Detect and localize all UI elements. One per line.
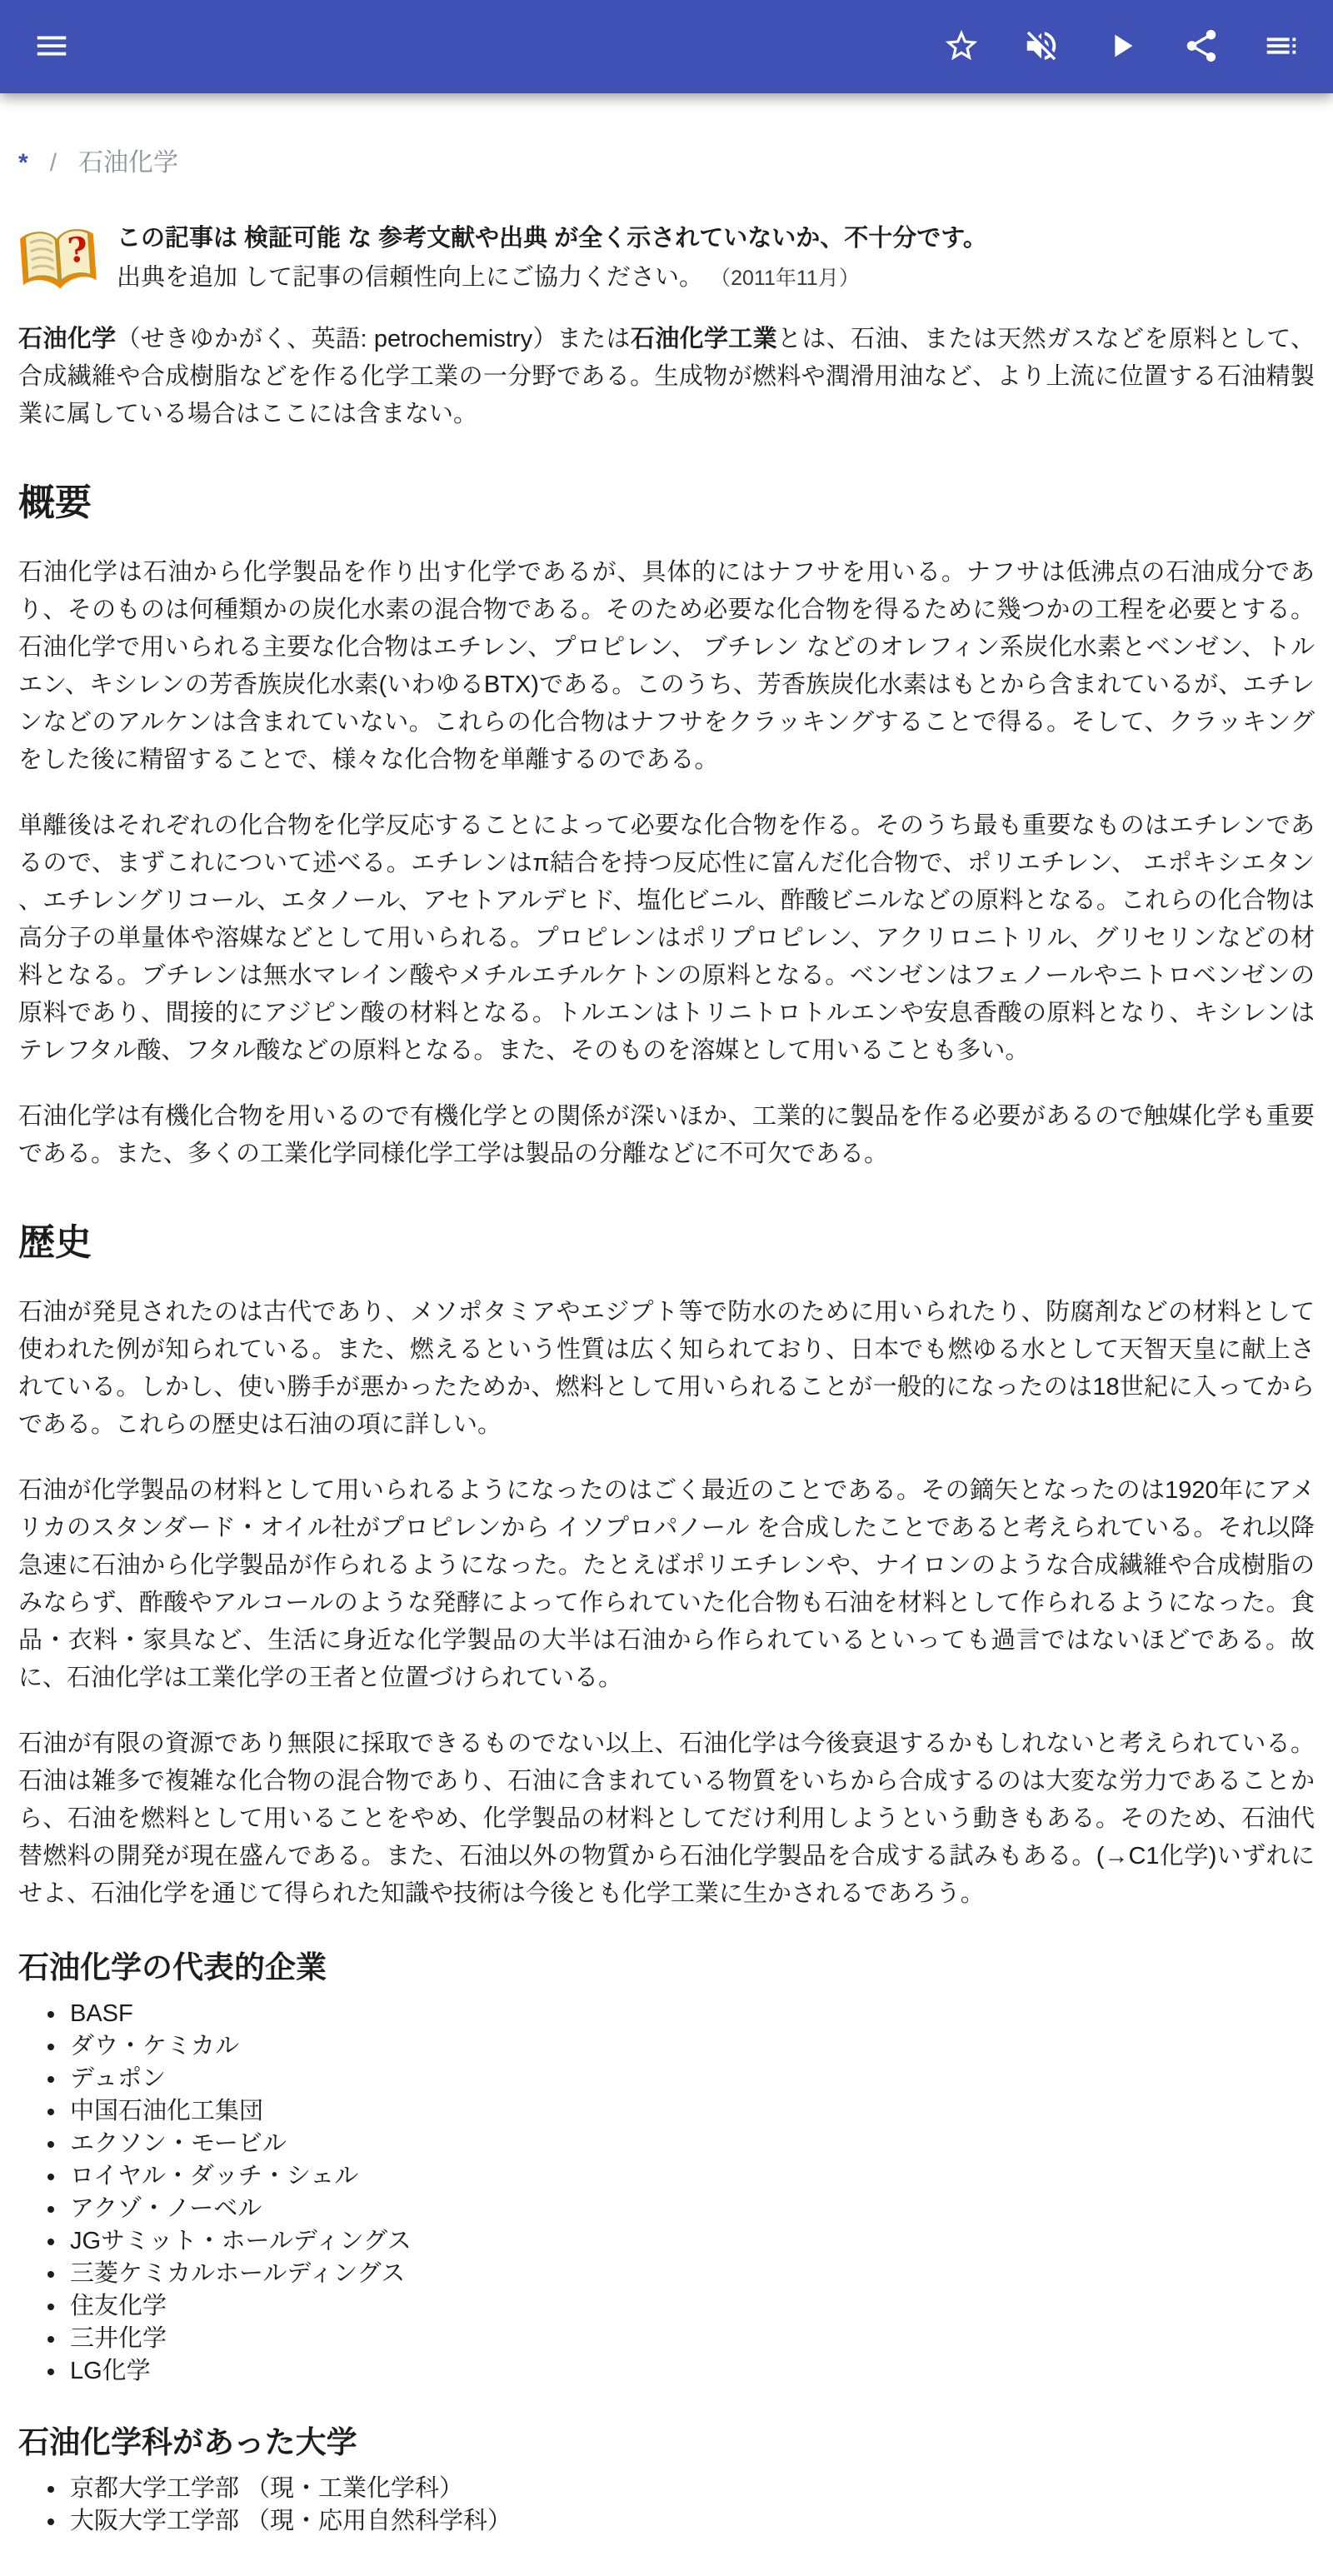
article-content: * / 石油化学 ? この記事は 検証可能 な 参考文献や出典 が全く示されてい…: [0, 142, 1333, 2576]
bookmark-button[interactable]: [938, 23, 985, 70]
breadcrumb-home[interactable]: *: [18, 149, 28, 177]
lead-text: （せきゆかがく、英語: petrochemistry）または: [116, 326, 630, 352]
section-history: 歴史 石油が発見されたのは古代であり、メソポタミアやエジプト等で防水のために用い…: [18, 1221, 1315, 1913]
section-overview: 概要 石油化学は石油から化学製品を作り出す化学であるが、具体的にはナフサを用いる…: [18, 482, 1315, 1173]
lead-term-bold: 石油化学: [18, 326, 116, 352]
list-item: LG化学: [67, 2355, 1315, 2388]
section-heading-overview: 概要: [18, 482, 1315, 526]
svg-text:?: ?: [66, 228, 88, 271]
section-universities: 石油化学科があった大学 京都大学工学部 （現・工業化学科） 大阪大学工学部 （現…: [18, 2424, 1315, 2538]
share-icon: [1182, 27, 1221, 67]
lead-term2-bold: 石油化学工業: [631, 326, 777, 352]
list-item: デュポン: [67, 2063, 1315, 2095]
mute-button[interactable]: [1018, 23, 1065, 70]
toc-list-icon: [1262, 27, 1301, 67]
list-item: BASF: [67, 1998, 1315, 2030]
paragraph: 石油化学は石油から化学製品を作り出す化学であるが、具体的にはナフサを用いる。ナフ…: [18, 554, 1315, 779]
paragraph: 単離後はそれぞれの化合物を化学反応することによって必要な化合物を作る。そのうち最…: [18, 807, 1315, 1070]
citation-notice-title: この記事は 検証可能 な 参考文献や出典 が全く示されていないか、不十分です。: [117, 220, 987, 257]
list-item: 中国石油化工集団: [67, 2095, 1315, 2128]
page-title: 石油化学: [78, 142, 178, 178]
section-heading-history: 歴史: [18, 1221, 1315, 1266]
citation-notice-subtitle-text: 出典を追加 して記事の信頼性向上にご協力ください。: [117, 264, 703, 291]
list-item: 三井化学: [67, 2323, 1315, 2355]
app-bar-actions: [938, 23, 1305, 70]
list-item: 京都大学工学部 （現・工業化学科）: [67, 2473, 1315, 2505]
paragraph: 石油が有限の資源であり無限に採取できるものでない以上、石油化学は今後衰退するかも…: [18, 1725, 1315, 1913]
companies-list: BASF ダウ・ケミカル デュポン 中国石油化工集団 エクソン・モービル ロイヤ…: [18, 1998, 1315, 2388]
paragraph: 石油化学は有機化合物を用いるので有機化学との関係が深いほか、工業的に製品を作る必…: [18, 1098, 1315, 1173]
lead-paragraph: 石油化学（せきゆかがく、英語: petrochemistry）または石油化学工業…: [18, 321, 1315, 433]
citation-notice-date: （2011年11月）: [710, 267, 860, 290]
menu-button[interactable]: [28, 23, 75, 70]
list-item: エクソン・モービル: [67, 2128, 1315, 2160]
book-question-icon: ?: [16, 219, 101, 302]
contents-button[interactable]: [1258, 23, 1305, 70]
read-aloud-button[interactable]: [1098, 23, 1145, 70]
list-item: 大阪大学工学部 （現・応用自然科学科）: [67, 2505, 1315, 2538]
share-button[interactable]: [1178, 23, 1225, 70]
breadcrumb-separator: /: [50, 149, 57, 177]
citation-notice-text: この記事は 検証可能 な 参考文献や出典 が全く示されていないか、不十分です。 …: [117, 220, 987, 297]
section-companies: 石油化学の代表的企業 BASF ダウ・ケミカル デュポン 中国石油化工集団 エク…: [18, 1949, 1315, 2388]
citation-notice: ? この記事は 検証可能 な 参考文献や出典 が全く示されていないか、不十分です…: [18, 220, 1315, 299]
list-item: 住友化学: [67, 2290, 1315, 2323]
list-item: JGサミット・ホールディングス: [67, 2225, 1315, 2258]
breadcrumb: * / 石油化学: [18, 142, 1315, 178]
list-item: 三菱ケミカルホールディングス: [67, 2258, 1315, 2290]
play-icon: [1102, 27, 1141, 67]
list-item: アクゾ・ノーベル: [67, 2193, 1315, 2225]
section-heading-universities: 石油化学科があった大学: [18, 2424, 1315, 2461]
list-item: ロイヤル・ダッチ・シェル: [67, 2160, 1315, 2193]
paragraph: 石油が化学製品の材料として用いられるようになったのはごく最近のことである。その鏑…: [18, 1472, 1315, 1697]
paragraph: 石油が発見されたのは古代であり、メソポタミアやエジプト等で防水のために用いられた…: [18, 1294, 1315, 1444]
section-heading-companies: 石油化学の代表的企業: [18, 1949, 1315, 1986]
star-outline-icon: [942, 27, 981, 67]
volume-off-icon: [1022, 27, 1061, 67]
list-item: ダウ・ケミカル: [67, 2030, 1315, 2063]
citation-notice-subtitle: 出典を追加 して記事の信頼性向上にご協力ください。 （2011年11月）: [117, 259, 987, 297]
menu-icon: [32, 27, 71, 67]
universities-list: 京都大学工学部 （現・工業化学科） 大阪大学工学部 （現・応用自然科学科）: [18, 2473, 1315, 2538]
app-bar: [0, 0, 1333, 93]
